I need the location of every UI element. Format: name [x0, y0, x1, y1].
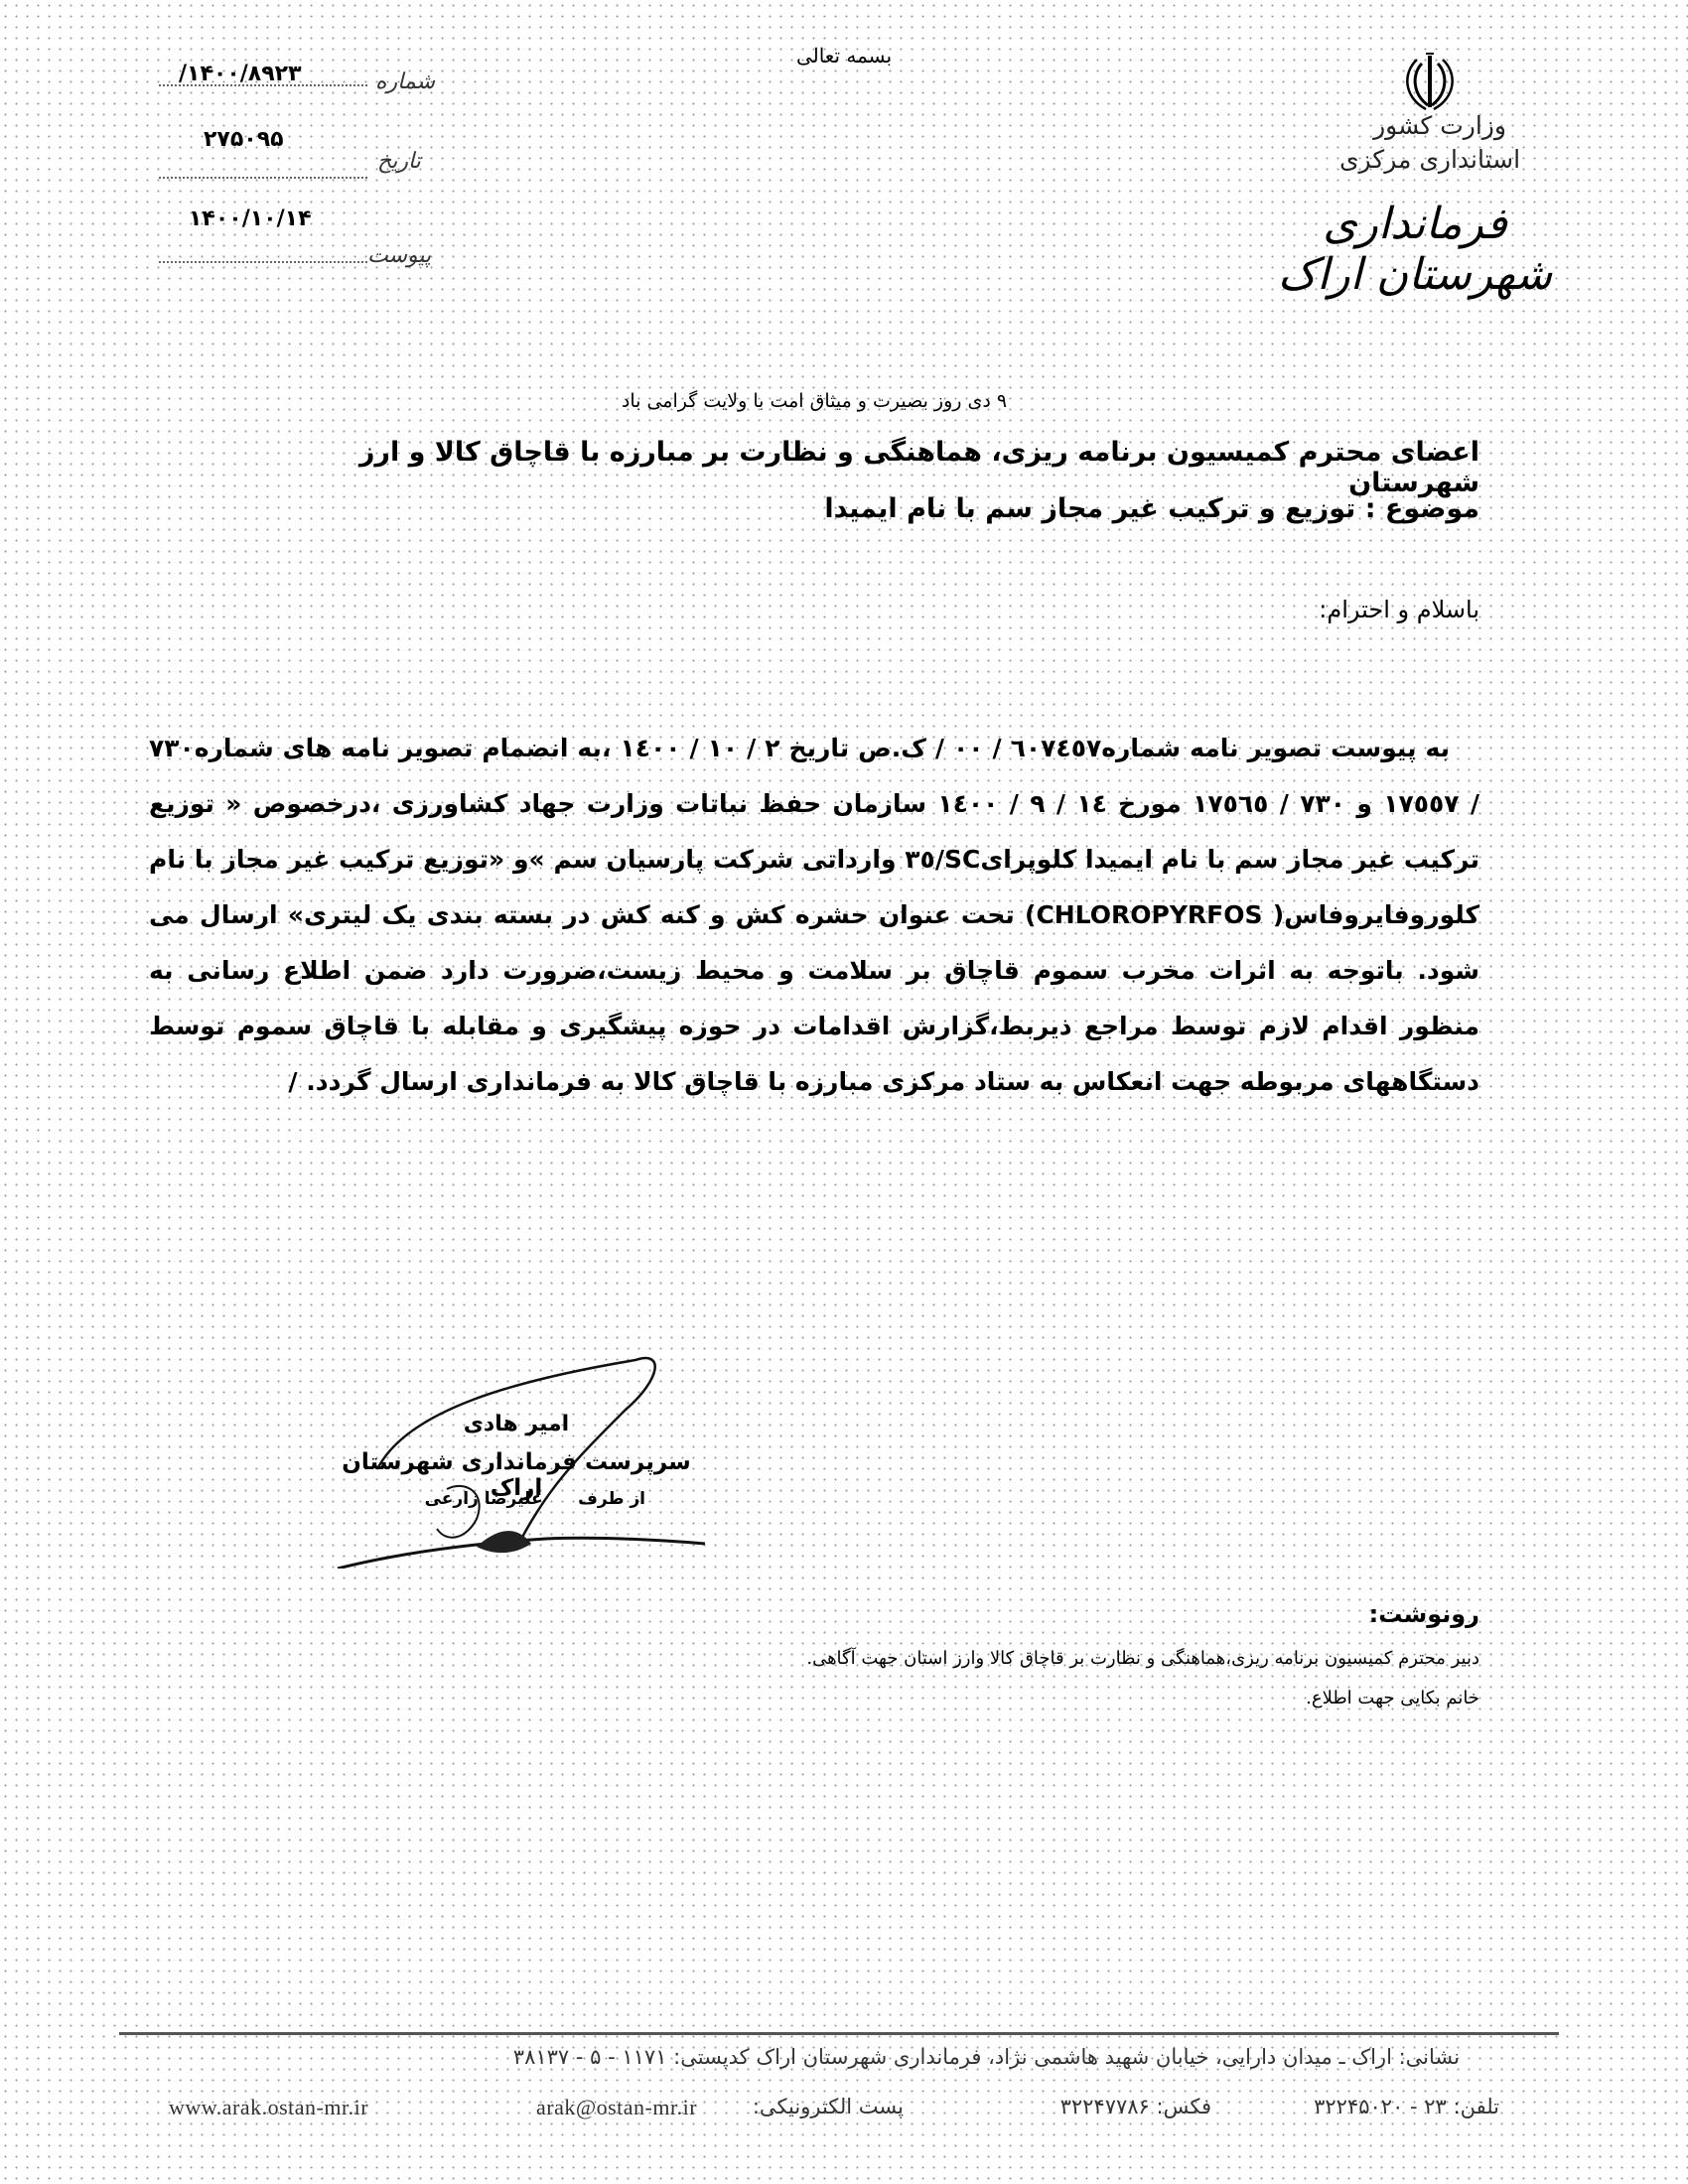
footer-divider — [119, 2032, 1559, 2035]
subject-text: توزیع و ترکیب غیر مجاز سم با نام ایمیدا — [824, 493, 1355, 524]
ministry-name: وزارت کشور — [1321, 111, 1559, 140]
on-behalf-line: از طرف علیرضا زارعی — [357, 1489, 645, 1509]
subject-line: موضوع : توزیع و ترکیب غیر مجاز سم با نام… — [695, 493, 1479, 524]
handwritten-signature-icon — [318, 1320, 715, 1569]
footer-email-label: پست الکترونیکی: — [753, 2095, 904, 2118]
body-paragraph: به پیوست تصویر نامه شماره٦٠٧٤٥٧ / ٠٠ / ک… — [149, 721, 1479, 1110]
letter-number-secondary: ۲۷۵۰۹۵ — [204, 127, 284, 152]
footer-email-link[interactable]: arak@ostan-mr.ir — [536, 2095, 697, 2120]
signatory-name: امیر هادی — [397, 1412, 635, 1436]
province-name: استانداری مرکزی — [1281, 145, 1579, 174]
letter-meta: /۱۴۰۰/۸۹۲۳ شماره ۲۷۵۰۹۵ تاریخ ۱۴۰۰/۱۰/۱۴… — [159, 60, 447, 288]
signature-block: امیر هادی سرپرست فرمانداری شهرستان اراک … — [318, 1320, 715, 1569]
footer-address: نشانی: اراک ـ میدان دارایی، خیابان شهید … — [199, 2045, 1460, 2069]
date-dotted-line — [159, 177, 367, 179]
footer-contact: تلفن: ۲۳ - ۳۲۲۴۵۰۲۰ فکس: ۳۲۲۴۷۷۸۶ پست ال… — [169, 2095, 1499, 2134]
cc-title: رونوشت: — [1241, 1600, 1479, 1628]
greeting: باسلام و احترام: — [1192, 596, 1479, 623]
attachment-dotted-line — [159, 261, 367, 263]
slogan: ۹ دی روز بصیرت و میثاق امت با ولایت گرام… — [556, 390, 1072, 412]
subject-label: موضوع : — [1365, 493, 1479, 524]
number-label: شماره — [375, 69, 435, 94]
iran-emblem-icon — [1398, 50, 1462, 113]
bismillah: بسمه تعالی — [755, 44, 933, 68]
date-label: تاریخ — [377, 149, 421, 174]
footer-fax: فکس: ۳۲۲۴۷۷۸۶ — [1060, 2095, 1211, 2118]
recipient: اعضای محترم کمیسیون برنامه ریزی، هماهنگی… — [338, 437, 1479, 498]
on-behalf-label: از طرف — [578, 1489, 645, 1509]
cc-item: دبیر محترم کمیسیون برنامه ریزی،هماهنگی و… — [496, 1648, 1479, 1688]
cc-list: دبیر محترم کمیسیون برنامه ریزی،هماهنگی و… — [496, 1648, 1479, 1727]
on-behalf-name: علیرضا زارعی — [425, 1489, 543, 1509]
attachment-label: پیوست — [367, 243, 431, 268]
cc-item: خانم بکایی جهت اطلاع. — [496, 1688, 1479, 1727]
office-name: فرمانداری شهرستان اراک — [1251, 199, 1579, 300]
footer-phone: تلفن: ۲۳ - ۳۲۲۴۵۰۲۰ — [1314, 2095, 1499, 2118]
letter-date: ۱۴۰۰/۱۰/۱۴ — [189, 206, 312, 231]
footer-website-link[interactable]: www.arak.ostan-mr.ir — [169, 2095, 368, 2120]
organization-header: وزارت کشور استانداری مرکزی فرمانداری شهر… — [1281, 50, 1579, 278]
letter-number: /۱۴۰۰/۸۹۲۳ — [179, 62, 302, 86]
